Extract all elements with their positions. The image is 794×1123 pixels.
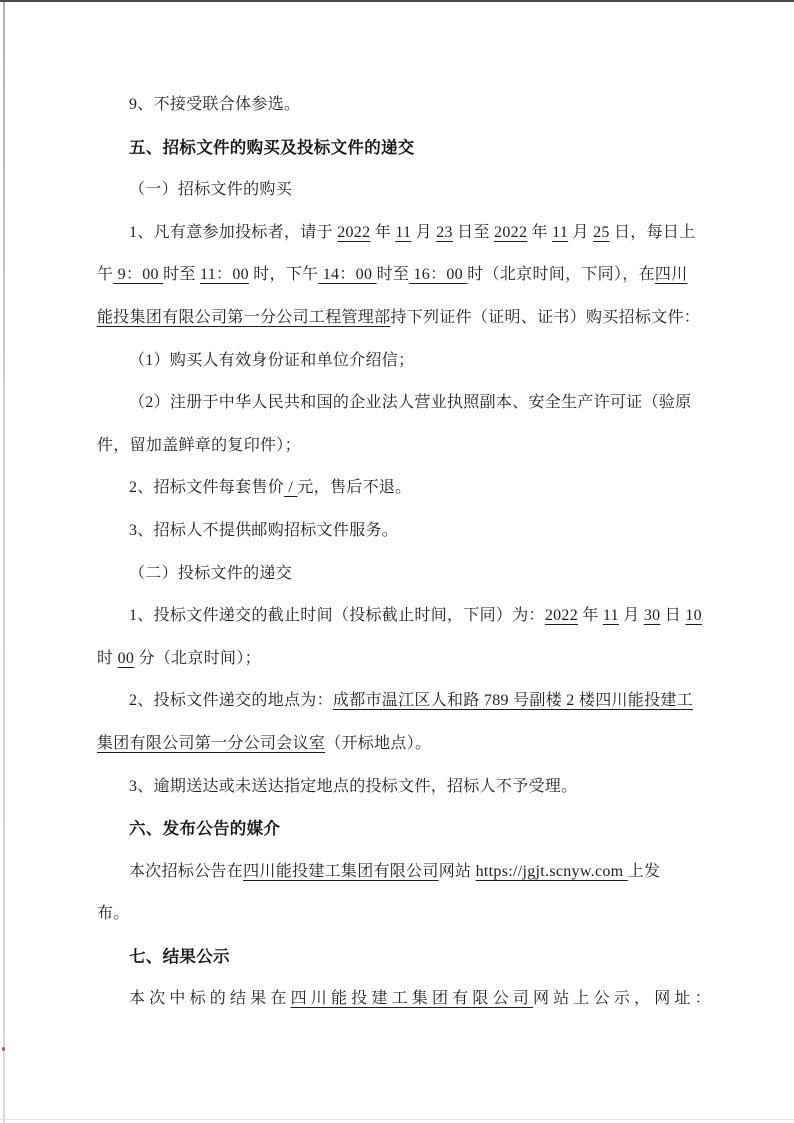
text-line: 1、投标文件递交的截止时间（投标截止时间，下同）为：2022 年 11 月 30… bbox=[97, 595, 722, 638]
underlined-text-segment: / bbox=[284, 479, 297, 496]
text-segment: 1、凡有意参加投标者，请于 bbox=[129, 224, 337, 241]
text-segment: 1、投标文件递交的截止时间（投标截止时间，下同）为： bbox=[129, 607, 545, 624]
text-line: 本次中标的结果在四川能投建工集团有限公司网站上公示，网址： bbox=[97, 978, 722, 1021]
text-segment: 时（北京时间，下同），在 bbox=[467, 266, 655, 283]
scan-edge-bottom bbox=[0, 1119, 794, 1120]
text-segment: 日至 bbox=[453, 224, 494, 241]
document-body: 9、不接受联合体参选。五、招标文件的购买及投标文件的递交（一）招标文件的购买1、… bbox=[97, 84, 722, 1021]
underlined-text-segment: 2022 bbox=[337, 224, 370, 241]
text-segment: 2、招标文件每套售价 bbox=[129, 479, 284, 496]
underlined-text-segment: 23 bbox=[436, 224, 453, 241]
text-segment: 月 bbox=[619, 607, 644, 624]
document-page: 9、不接受联合体参选。五、招标文件的购买及投标文件的递交（一）招标文件的购买1、… bbox=[0, 0, 794, 1123]
text-segment: 日 bbox=[660, 607, 685, 624]
underlined-text-segment: 30 bbox=[644, 607, 661, 624]
section-heading-line: 六、发布公告的媒介 bbox=[97, 808, 722, 851]
underlined-text-segment: 16：00 bbox=[409, 266, 467, 283]
text-line: 件，留加盖鲜章的复印件）； bbox=[97, 425, 722, 468]
text-line: （2）注册于中华人民共和国的企业法人营业执照副本、安全生产许可证（验原 bbox=[97, 382, 722, 425]
text-segment: 年 bbox=[578, 607, 603, 624]
text-segment: 网站 bbox=[439, 863, 476, 880]
text-segment: （一）招标文件的购买 bbox=[129, 181, 292, 198]
underlined-text-segment: 00 bbox=[118, 650, 135, 667]
text-segment: 布。 bbox=[97, 905, 130, 922]
text-segment: 3、招标人不提供邮购招标文件服务。 bbox=[129, 522, 398, 539]
text-segment: 月 bbox=[411, 224, 436, 241]
text-segment: 3、逾期送达或未送达指定地点的投标文件，招标人不予受理。 bbox=[129, 778, 577, 795]
text-line: 午 9：00 时至 11：00 时，下午 14：00 时至 16：00 时（北京… bbox=[97, 254, 722, 297]
text-line: 1、凡有意参加投标者，请于 2022 年 11 月 23 日至 2022 年 1… bbox=[97, 212, 722, 255]
underlined-text-segment: 能投集团有限公司第一分公司工程管理部 bbox=[97, 309, 390, 326]
scan-speck bbox=[2, 1047, 5, 1051]
text-line: （一）招标文件的购买 bbox=[97, 169, 722, 212]
underlined-text-segment: 11：00 bbox=[200, 266, 249, 283]
text-line: 时 00 分（北京时间）； bbox=[97, 638, 722, 681]
text-segment: 日，每日上 bbox=[610, 224, 696, 241]
text-segment: 七、结果公示 bbox=[129, 947, 230, 966]
text-segment: 六、发布公告的媒介 bbox=[129, 819, 280, 838]
text-segment: 时至 bbox=[163, 266, 200, 283]
text-segment: 年 bbox=[370, 224, 395, 241]
underlined-text-segment: 四川能投建工集团有限公司 bbox=[291, 990, 533, 1007]
text-line: 能投集团有限公司第一分公司工程管理部持下列证件（证明、证书）购买招标文件： bbox=[97, 297, 722, 340]
text-segment: 月 bbox=[568, 224, 593, 241]
text-segment: 本次中标的结果在 bbox=[129, 990, 291, 1007]
underlined-text-segment: 成都市温江区人和路 789 号副楼 2 楼四川能投建工 bbox=[333, 692, 693, 709]
text-segment: 午 bbox=[97, 266, 113, 283]
text-line: 3、逾期送达或未送达指定地点的投标文件，招标人不予受理。 bbox=[97, 766, 722, 809]
text-segment: 持下列证件（证明、证书）购买招标文件： bbox=[390, 309, 700, 326]
text-line: 2、招标文件每套售价 / 元，售后不退。 bbox=[97, 467, 722, 510]
text-segment: （开标地点）。 bbox=[325, 735, 431, 752]
text-segment: （1）购买人有效身份证和单位介绍信； bbox=[129, 352, 414, 369]
text-segment: 2、投标文件递交的地点为： bbox=[129, 692, 333, 709]
text-segment: （二）投标文件的递交 bbox=[129, 565, 292, 582]
underlined-text-segment: 2022 bbox=[494, 224, 527, 241]
underlined-text-segment: 四川能投建工集团有限公司 bbox=[243, 863, 439, 880]
underlined-text-segment: 9：00 bbox=[113, 266, 163, 283]
underlined-text-segment: 2022 bbox=[545, 607, 578, 624]
text-segment: 本次招标公告在 bbox=[129, 863, 243, 880]
underlined-text-segment: 四川 bbox=[655, 266, 688, 283]
text-segment: 分（北京时间）； bbox=[134, 650, 261, 667]
text-segment: 时至 bbox=[377, 266, 410, 283]
scan-edge-top bbox=[0, 0, 794, 2]
scan-edge-left bbox=[3, 2, 5, 1123]
section-heading-line: 五、招标文件的购买及投标文件的递交 bbox=[97, 127, 722, 170]
text-line: 2、投标文件递交的地点为：成都市温江区人和路 789 号副楼 2 楼四川能投建工 bbox=[97, 680, 722, 723]
text-segment: 时 bbox=[97, 650, 118, 667]
text-segment: 上发 bbox=[628, 863, 661, 880]
underlined-text-segment: 11 bbox=[552, 224, 568, 241]
underlined-text-segment: 11 bbox=[603, 607, 619, 624]
underlined-text-segment: 14：00 bbox=[318, 266, 376, 283]
section-heading-line: 七、结果公示 bbox=[97, 936, 722, 979]
text-line: 布。 bbox=[97, 893, 722, 936]
underlined-text-segment: https://jgjt.scnyw.com bbox=[476, 863, 628, 880]
text-line: （1）购买人有效身份证和单位介绍信； bbox=[97, 340, 722, 383]
text-line: 3、招标人不提供邮购招标文件服务。 bbox=[97, 510, 722, 553]
underlined-text-segment: 25 bbox=[593, 224, 610, 241]
text-line: 本次招标公告在四川能投建工集团有限公司网站 https://jgjt.scnyw… bbox=[97, 851, 722, 894]
text-line: 集团有限公司第一分公司会议室（开标地点）。 bbox=[97, 723, 722, 766]
underlined-text-segment: 集团有限公司第一分公司会议室 bbox=[97, 735, 325, 752]
underlined-text-segment: 10 bbox=[685, 607, 702, 624]
text-segment: 9、不接受联合体参选。 bbox=[129, 96, 300, 113]
text-line: （二）投标文件的递交 bbox=[97, 553, 722, 596]
text-segment: 时，下午 bbox=[249, 266, 319, 283]
text-segment: 五、招标文件的购买及投标文件的递交 bbox=[129, 138, 415, 157]
text-segment: 网站上公示，网址： bbox=[533, 990, 715, 1007]
text-segment: （2）注册于中华人民共和国的企业法人营业执照副本、安全生产许可证（验原 bbox=[129, 394, 692, 411]
text-segment: 年 bbox=[527, 224, 552, 241]
text-line: 9、不接受联合体参选。 bbox=[97, 84, 722, 127]
text-segment: 元，售后不退。 bbox=[297, 479, 411, 496]
text-segment: 件，留加盖鲜章的复印件）； bbox=[97, 437, 301, 454]
underlined-text-segment: 11 bbox=[395, 224, 411, 241]
